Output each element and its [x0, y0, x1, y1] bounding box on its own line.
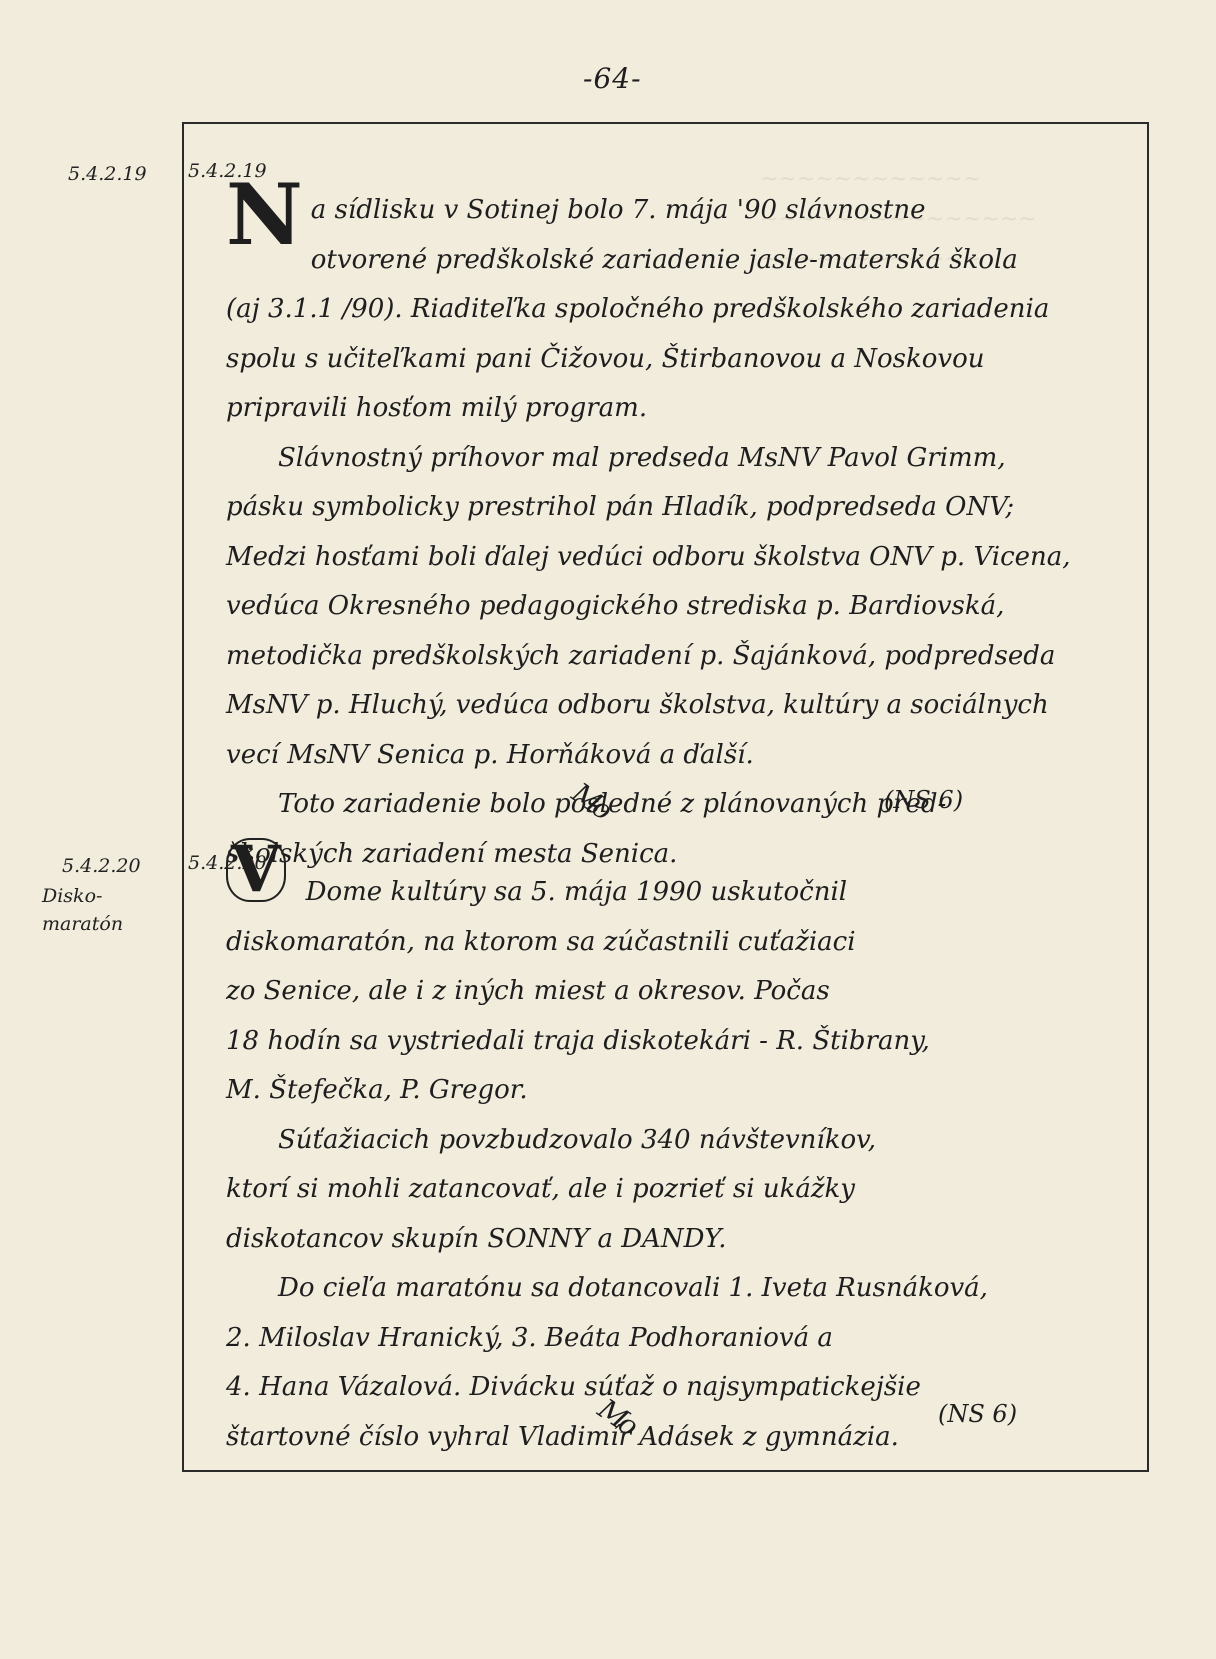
text-line: Do cieľa maratónu sa dotancovali 1. Ivet…	[278, 1273, 988, 1303]
text-line: ktorí si mohli zatancovať, ale i pozrieť…	[226, 1174, 855, 1204]
text-line: 4. Hana Vázalová. Divácku súťaž o najsym…	[226, 1372, 921, 1402]
page-number: -64-	[583, 62, 642, 95]
text-line: metodička predškolských zariadení p. Šaj…	[226, 641, 1055, 671]
text-line: zo Senice, ale i z iných miest a okresov…	[226, 976, 830, 1006]
margin-code-entry-1: 5.4.2.19	[68, 160, 147, 188]
entry-2-paragraph-3: Do cieľa maratónu sa dotancovali 1. Ivet…	[226, 1264, 1146, 1462]
text-line: diskomaratón, na ktorom sa zúčastnili cu…	[226, 927, 856, 957]
text-line: pásku symbolicky prestrihol pán Hladík, …	[226, 492, 1014, 522]
text-line: vedúca Okresného pedagogického strediska…	[226, 591, 1004, 621]
text-line: štartovné číslo vyhral Vladimír Adásek z…	[226, 1422, 899, 1452]
text-line: Dome kultúry sa 5. mája 1990 uskutočnil	[296, 877, 847, 907]
text-line: MsNV p. Hluchý, vedúca odboru školstva, …	[226, 690, 1049, 720]
text-line: M. Štefečka, P. Gregor.	[226, 1075, 528, 1105]
text-line: 2. Miloslav Hranický, 3. Beáta Podhorani…	[226, 1323, 833, 1353]
margin-label-entry-2: Disko- maratón	[42, 882, 123, 938]
text-line: otvorené predškolské zariadenie jasle-ma…	[311, 245, 1018, 275]
margin-code-entry-2: 5.4.2.20	[62, 852, 141, 880]
entry-2-paragraph-2: Súťažiacich povzbudzovalo 340 návštevník…	[226, 1116, 1146, 1265]
text-line: Toto zariadenie bolo posledné z plánovan…	[278, 789, 946, 819]
entry-2-paragraph-1: V Dome kultúry sa 5. mája 1990 uskutočni…	[226, 868, 1146, 1116]
entry-1-paragraph-2: Slávnostný príhovor mal predseda MsNV Pa…	[226, 434, 1146, 781]
source-reference-entry-1: (NS 6)	[884, 786, 963, 814]
entry-1-paragraph-3: Toto zariadenie bolo posledné z plánovan…	[226, 780, 1146, 879]
drop-cap: V	[226, 838, 286, 902]
text-line: a sídlisku v Sotinej bolo 7. mája '90 sl…	[311, 195, 926, 225]
entry-1-paragraph-1: N a sídlisku v Sotinej bolo 7. mája '90 …	[226, 186, 1146, 434]
text-line: (aj 3.1.1 /90). Riaditeľka spoločného pr…	[226, 294, 1049, 324]
text-line: školských zariadení mesta Senica.	[226, 839, 677, 869]
text-line: pripravili hosťom milý program.	[226, 393, 647, 423]
text-line: Súťažiacich povzbudzovalo 340 návštevník…	[278, 1125, 876, 1155]
entry-1: N a sídlisku v Sotinej bolo 7. mája '90 …	[226, 186, 1146, 879]
text-line: Slávnostný príhovor mal predseda MsNV Pa…	[278, 443, 1006, 473]
text-line: 18 hodín sa vystriedali traja diskotekár…	[226, 1026, 930, 1056]
drop-cap: N	[226, 180, 303, 250]
text-line: Medzi hosťami boli ďalej vedúci odboru š…	[226, 542, 1071, 572]
text-line: diskotancov skupín SONNY a DANDY.	[226, 1224, 727, 1254]
source-reference-entry-2: (NS 6)	[938, 1400, 1017, 1428]
text-line: spolu s učiteľkami pani Čižovou, Štirban…	[226, 344, 984, 374]
text-line: vecí MsNV Senica p. Horňáková a ďalší.	[226, 740, 754, 770]
entry-2: V Dome kultúry sa 5. mája 1990 uskutočni…	[226, 868, 1146, 1462]
